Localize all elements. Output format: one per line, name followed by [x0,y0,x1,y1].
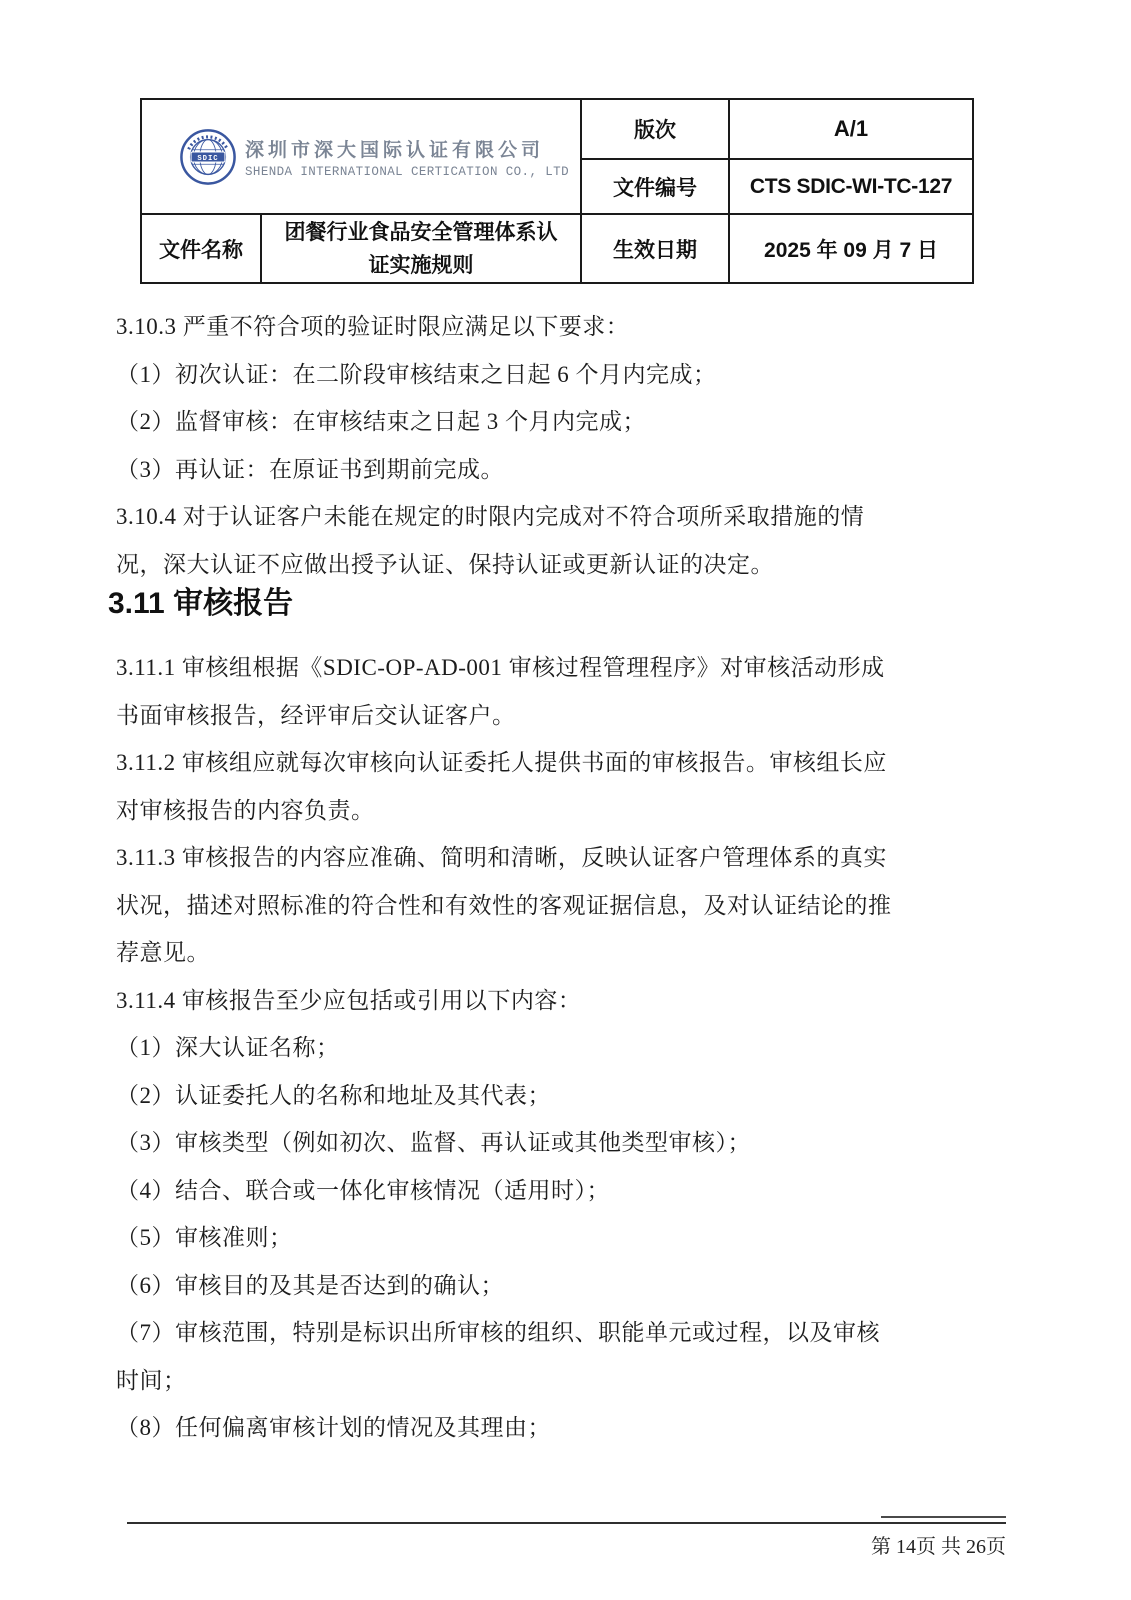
doc-name-label: 文件名称 [142,213,260,282]
logo-cell: SDIC 深圳市深大国际认证有限公司 SHENDA INTERNATIONAL … [142,100,580,213]
logo-wrap: SDIC 深圳市深大国际认证有限公司 SHENDA INTERNATIONAL … [179,128,569,186]
company-name-cn: 深圳市深大国际认证有限公司 [245,135,569,162]
text-line: 3.10.3 严重不符合项的验证时限应满足以下要求： [116,303,1016,351]
text-line: 3.11.1 审核组根据《SDIC-OP-AD-001 审核过程管理程序》对审核… [116,644,1016,692]
doc-number-value: CTS SDIC-WI-TC-127 [728,158,972,213]
text-line: （7）审核范围，特别是标识出所审核的组织、职能单元或过程，以及审核 [116,1309,1016,1357]
document-page: SDIC 深圳市深大国际认证有限公司 SHENDA INTERNATIONAL … [0,0,1131,1600]
page-number: 第 14页 共 26页 [700,1530,1006,1559]
version-value: A/1 [728,100,972,158]
footer-rule-double [881,1516,1006,1518]
text-line: 状况，描述对照标准的符合性和有效性的客观证据信息，及对认证结论的推 [116,882,1016,930]
text-line: （5）审核准则； [116,1214,1016,1262]
text-line: （1）深大认证名称； [116,1024,1016,1072]
text-line: 荐意见。 [116,929,1016,977]
text-line: （2）认证委托人的名称和地址及其代表； [116,1072,1016,1120]
text-line: 3.11.3 审核报告的内容应准确、简明和清晰，反映认证客户管理体系的真实 [116,834,1016,882]
text-line: （3）再认证：在原证书到期前完成。 [116,446,1016,494]
section-heading: 3.11 审核报告 [108,582,1016,644]
company-names: 深圳市深大国际认证有限公司 SHENDA INTERNATIONAL CERTI… [245,135,569,179]
text-line: 时间； [116,1357,1016,1405]
text-line: 3.10.4 对于认证客户未能在规定的时限内完成对不符合项所采取措施的情 [116,493,1016,541]
effective-date-value: 2025 年 09 月 7 日 [728,213,972,282]
doc-number-label: 文件编号 [580,158,728,213]
company-name-en: SHENDA INTERNATIONAL CERTICATION CO., LT… [245,165,569,179]
text-line: 对审核报告的内容负责。 [116,787,1016,835]
effective-date-label: 生效日期 [580,213,728,282]
doc-name-value: 团餐行业食品安全管理体系认证实施规则 [260,213,580,282]
text-line: （6）审核目的及其是否达到的确认； [116,1262,1016,1310]
logo-badge-text: SDIC [197,154,218,162]
document-body: 3.10.3 严重不符合项的验证时限应满足以下要求： （1）初次认证：在二阶段审… [116,303,1016,1452]
footer-rule [127,1522,1006,1524]
text-line: （4）结合、联合或一体化审核情况（适用时）； [116,1167,1016,1215]
company-logo-icon: SDIC [179,128,237,186]
text-line: （1）初次认证：在二阶段审核结束之日起 6 个月内完成； [116,351,1016,399]
header-table: SDIC 深圳市深大国际认证有限公司 SHENDA INTERNATIONAL … [140,98,974,284]
text-line: （3）审核类型（例如初次、监督、再认证或其他类型审核）； [116,1119,1016,1167]
text-line: 3.11.4 审核报告至少应包括或引用以下内容： [116,977,1016,1025]
text-line: 书面审核报告，经评审后交认证客户。 [116,692,1016,740]
version-label: 版次 [580,100,728,158]
text-line: 3.11.2 审核组应就每次审核向认证委托人提供书面的审核报告。审核组长应 [116,739,1016,787]
text-line: （8）任何偏离审核计划的情况及其理由； [116,1404,1016,1452]
text-line: 况，深大认证不应做出授予认证、保持认证或更新认证的决定。 [116,541,1016,589]
text-line: （2）监督审核：在审核结束之日起 3 个月内完成； [116,398,1016,446]
